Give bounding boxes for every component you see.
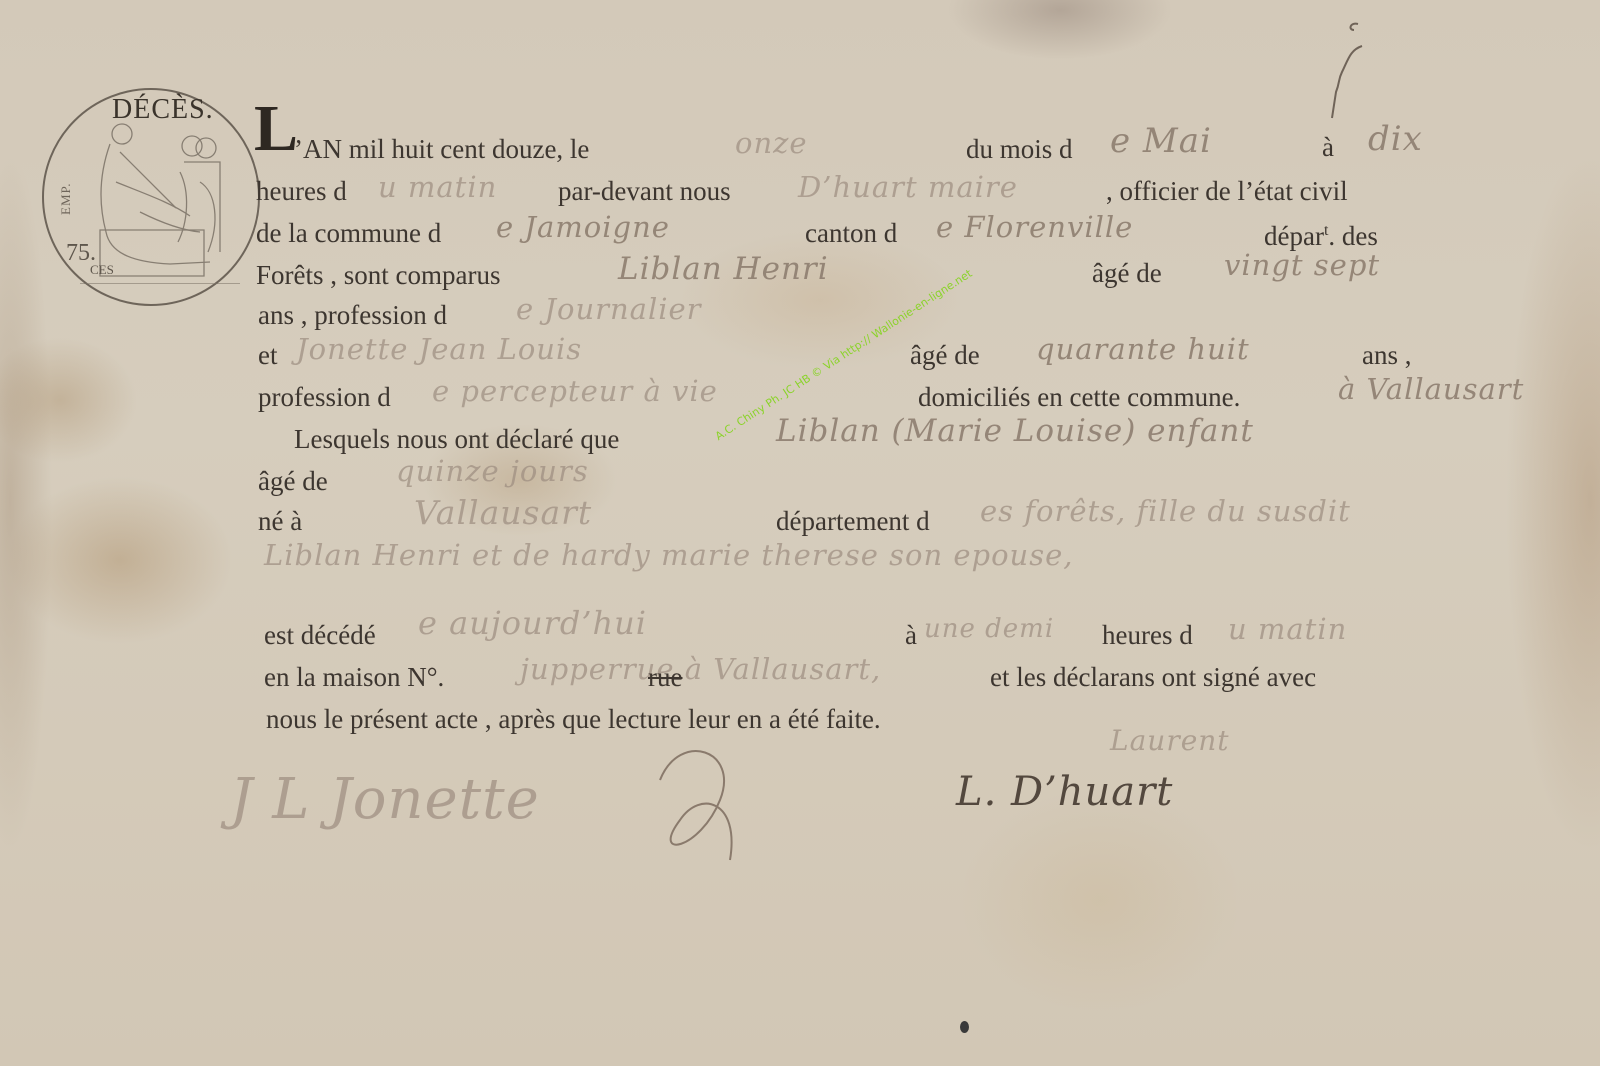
hw-death-time-of-day: u matin <box>1228 614 1347 644</box>
hw-declarant1-age: vingt sept <box>1224 250 1380 280</box>
signature-left: J L Jonette <box>230 770 540 830</box>
hw-death-hour: une demi <box>924 614 1054 644</box>
hw-commune: e Jamoigne <box>496 212 670 242</box>
hw-declarant2-profession: e percepteur à vie <box>432 376 718 406</box>
signature-right-top: Laurent <box>1110 726 1230 756</box>
stamp-title: DÉCÈS. <box>112 94 214 126</box>
hw-declarant2-age: quarante huit <box>1036 334 1250 364</box>
printed-line-6a: et <box>258 340 278 370</box>
printed-line-3b: canton d <box>805 218 897 248</box>
hw-time-of-day: u matin <box>378 172 497 202</box>
printed-line-1a: ’AN mil huit cent douze, le <box>294 134 589 164</box>
hw-deceased-age: quinze jours <box>396 456 589 486</box>
printed-line-3a: de la commune d <box>256 218 441 248</box>
hw-birth-department: es forêts, fille du susdit <box>980 496 1351 526</box>
printed-line-2c: , officier de l’état civil <box>1106 176 1348 206</box>
ink-dot <box>960 1021 969 1033</box>
hw-declarant1-profession: e Journalier <box>516 294 702 324</box>
printed-line-12b: à <box>905 620 917 650</box>
hw-death-day: e aujourd’hui <box>418 608 647 638</box>
printed-line-7a: profession d <box>258 382 391 412</box>
printed-line-12a: est décédé <box>264 620 376 650</box>
hw-hour: dix <box>1368 124 1423 154</box>
hw-day: onze <box>735 128 808 158</box>
printed-line-7b: domiciliés en cette commune. <box>918 382 1240 412</box>
printed-line-10a: né à <box>258 506 302 536</box>
printed-line-3c: départ. des <box>1264 216 1378 251</box>
printed-line-4a: Forêts , sont comparus <box>256 260 500 290</box>
hw-house: jupperrue à Vallausart, <box>520 654 881 684</box>
printed-line-6b: âgé de <box>910 340 980 370</box>
printed-line-2b: par-devant nous <box>558 176 731 206</box>
hw-residence: à Vallausart <box>1338 374 1524 404</box>
drop-cap: L <box>254 96 298 162</box>
printed-line-6c: ans , <box>1362 340 1412 370</box>
printed-line-13c: et les déclarans ont signé avec <box>990 662 1316 692</box>
printed-line-1b: du mois d <box>966 134 1073 164</box>
signature-right: L. D’huart <box>956 770 1173 814</box>
hw-officer: D’huart maire <box>798 172 1018 202</box>
signature-flourish-icon <box>640 740 760 870</box>
depart-text: dépar <box>1264 221 1324 251</box>
hw-deceased: Liblan (Marie Louise) enfant <box>776 416 1254 446</box>
printed-line-10b: département d <box>776 506 930 536</box>
hw-parents: Liblan Henri et de hardy marie therese s… <box>264 540 1073 570</box>
printed-line-1c: à <box>1322 132 1334 162</box>
printed-line-8a: Lesquels nous ont déclaré que <box>294 424 619 454</box>
printed-line-9a: âgé de <box>258 466 328 496</box>
hw-birthplace: Vallausart <box>414 498 592 528</box>
stamp-side-text: EMP. <box>58 182 74 215</box>
printed-line-14a: nous le présent acte , après que lecture… <box>266 704 881 734</box>
printed-line-13a: en la maison N°. <box>264 662 444 692</box>
printed-line-2a: heures d <box>256 176 347 206</box>
printed-rue-struck: rue <box>648 662 682 692</box>
hw-month: e Mai <box>1110 126 1212 156</box>
hw-canton: e Florenville <box>936 212 1133 242</box>
seated-figure-engraving-icon <box>80 112 240 284</box>
stamp-cents: CES <box>90 262 114 278</box>
des-text: . des <box>1328 221 1378 251</box>
printed-line-5a: ans , profession d <box>258 300 447 330</box>
hw-declarant1: Liblan Henri <box>618 254 829 284</box>
printed-line-4b: âgé de <box>1092 258 1162 288</box>
printed-line-12c: heures d <box>1102 620 1193 650</box>
hw-declarant2: Jonette Jean Louis <box>296 334 582 364</box>
folio-mark <box>1320 20 1380 120</box>
